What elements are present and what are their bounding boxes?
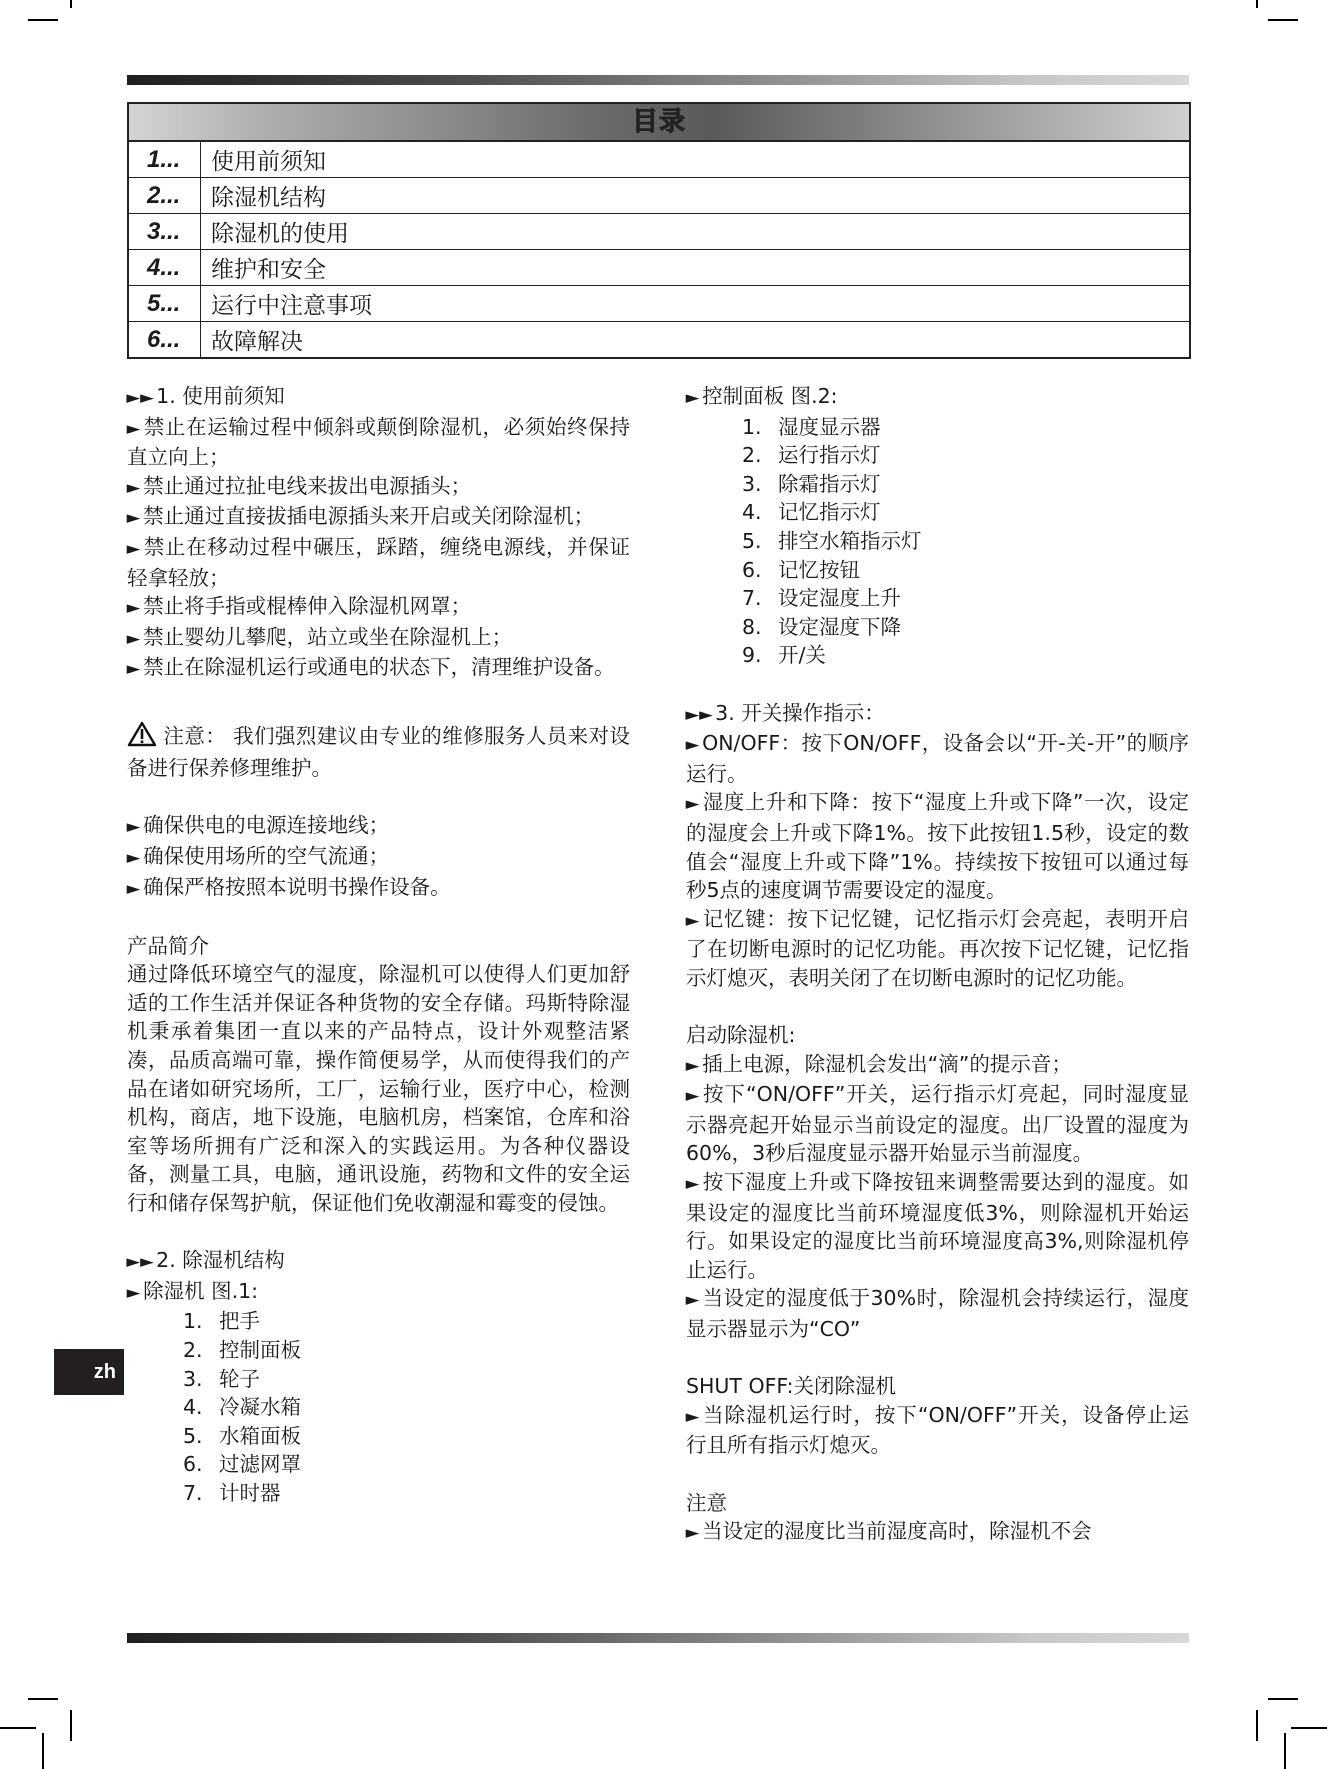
toc-number: 3... xyxy=(129,214,201,249)
toc-row[interactable]: 2... 除湿机结构 xyxy=(129,178,1189,214)
toc-number: 5... xyxy=(129,286,201,321)
arrow-icon: ► xyxy=(127,844,141,873)
list-item: 5.排空水箱指示灯 xyxy=(742,527,1189,556)
language-tab: zh xyxy=(54,1349,124,1395)
arrow-icon: ► xyxy=(127,594,141,623)
arrow-icon: ► xyxy=(127,415,141,444)
arrow-icon: ► xyxy=(686,1082,700,1111)
crop-mark xyxy=(1291,1727,1327,1729)
toc-row[interactable]: 3... 除湿机的使用 xyxy=(129,214,1189,250)
crop-mark xyxy=(1256,1710,1258,1741)
ensure-item: ►确保严格按照本说明书操作设备。 xyxy=(127,873,630,904)
list-item: 3.轮子 xyxy=(183,1365,630,1394)
toc-label: 故障解决 xyxy=(201,322,303,357)
bullet-item: ►禁止将手指或棍棒伸入除湿机网罩； xyxy=(127,592,630,623)
right-column: ►控制面板 图.2: 1.湿度显示器 2.运行指示灯 3.除霜指示灯 4.记忆指… xyxy=(686,382,1189,1548)
list-item: 1.湿度显示器 xyxy=(742,413,1189,442)
arrow-icon: ► xyxy=(127,625,141,654)
toc-header: 目录 xyxy=(129,104,1189,142)
list-item: 9.开/关 xyxy=(742,641,1189,670)
control-panel-list: 1.湿度显示器 2.运行指示灯 3.除霜指示灯 4.记忆指示灯 5.排空水箱指示… xyxy=(686,413,1189,670)
bullet-item: ►当设定的湿度低于30%时，除湿机会持续运行，湿度显示器显示为“CO” xyxy=(686,1284,1189,1343)
bullet-item: ►记忆键：按下记忆键，记忆指示灯会亮起，表明开启了在切断电源时的记忆功能。再次按… xyxy=(686,905,1189,993)
toc-row[interactable]: 4... 维护和安全 xyxy=(129,250,1189,286)
bullet-item: ►当设定的湿度比当前湿度高时，除湿机不会 xyxy=(686,1517,1189,1548)
double-arrow-icon: ►► xyxy=(685,701,712,730)
arrow-icon: ► xyxy=(686,384,700,413)
warning-note: 注意： 我们强烈建议由专业的维修服务人员来对设备进行保养修理维护。 xyxy=(127,721,630,783)
crop-mark xyxy=(42,1733,44,1769)
arrow-icon: ► xyxy=(127,474,141,503)
crop-mark xyxy=(1268,1698,1298,1700)
double-arrow-icon: ►► xyxy=(126,384,153,413)
arrow-icon: ► xyxy=(686,1170,700,1199)
figure-2-caption: ►控制面板 图.2: xyxy=(686,382,1189,413)
section-3-heading: ►►3. 开关操作指示： xyxy=(686,699,1189,730)
list-item: 6.过滤网罩 xyxy=(183,1450,630,1479)
bullet-item: ►按下“ON/OFF”开关，运行指示灯亮起，同时湿度显示器亮起开始显示当前设定的… xyxy=(686,1080,1189,1168)
crop-mark xyxy=(0,1727,36,1729)
bullet-item: ►ON/OFF：按下ON/OFF，设备会以“开-关-开”的顺序运行。 xyxy=(686,729,1189,788)
bullet-item: ►禁止在移动过程中碾压，踩踏，缠绕电源线，并保证轻拿轻放； xyxy=(127,533,630,592)
ensure-item: ►确保使用场所的空气流通； xyxy=(127,842,630,873)
crop-mark xyxy=(70,1710,72,1741)
arrow-icon: ► xyxy=(686,1519,700,1548)
toc-row[interactable]: 5... 运行中注意事项 xyxy=(129,286,1189,322)
list-item: 4.记忆指示灯 xyxy=(742,498,1189,527)
arrow-icon: ► xyxy=(686,1286,700,1315)
arrow-icon: ► xyxy=(686,1403,700,1432)
bullet-item: ►禁止在运输过程中倾斜或颠倒除湿机，必须始终保持直立向上； xyxy=(127,413,630,472)
arrow-icon: ► xyxy=(127,875,141,904)
intro-paragraph: 通过降低环境空气的湿度，除湿机可以使得人们更加舒适的工作生活并保证各种货物的安全… xyxy=(127,960,630,1217)
bullet-item: ►禁止婴幼儿攀爬，站立或坐在除湿机上； xyxy=(127,623,630,654)
toc-row[interactable]: 6... 故障解决 xyxy=(129,322,1189,357)
figure-1-caption: ►除湿机 图.1: xyxy=(127,1277,630,1308)
bullet-item: ►禁止在除湿机运行或通电的状态下，清理维护设备。 xyxy=(127,653,630,684)
toc-number: 4... xyxy=(129,250,201,285)
warning-label: 注意： xyxy=(163,724,226,748)
list-item: 1.把手 xyxy=(183,1307,630,1336)
crop-mark xyxy=(1284,1733,1286,1769)
intro-heading: 产品简介 xyxy=(127,932,630,961)
toc-label: 除湿机的使用 xyxy=(201,214,349,249)
left-column: ►►1. 使用前须知 ►禁止在运输过程中倾斜或颠倒除湿机，必须始终保持直立向上；… xyxy=(127,382,630,1508)
arrow-icon: ► xyxy=(127,1279,141,1308)
crop-mark xyxy=(1256,0,1258,8)
toc-label: 运行中注意事项 xyxy=(201,286,372,321)
arrow-icon: ► xyxy=(127,504,141,533)
toc-label: 维护和安全 xyxy=(201,250,326,285)
top-gradient-bar xyxy=(127,75,1189,85)
arrow-icon: ► xyxy=(686,731,700,760)
note-heading: 注意 xyxy=(686,1489,1189,1518)
table-of-contents: 目录 1... 使用前须知 2... 除湿机结构 3... 除湿机的使用 4..… xyxy=(127,102,1191,359)
crop-mark xyxy=(28,1698,58,1700)
list-item: 8.设定湿度下降 xyxy=(742,613,1189,642)
start-heading: 启动除湿机: xyxy=(686,1021,1189,1050)
list-item: 4.冷凝水箱 xyxy=(183,1393,630,1422)
bullet-item: ►湿度上升和下降：按下“湿度上升或下降”一次，设定的湿度会上升或下降1%。按下此… xyxy=(686,788,1189,904)
arrow-icon: ► xyxy=(686,790,700,819)
list-item: 7.计时器 xyxy=(183,1479,630,1508)
bullet-item: ►禁止通过直接拔插电源插头来开启或关闭除湿机； xyxy=(127,502,630,533)
toc-label: 使用前须知 xyxy=(201,142,326,177)
arrow-icon: ► xyxy=(686,907,700,936)
list-item: 2.控制面板 xyxy=(183,1336,630,1365)
bottom-gradient-bar xyxy=(127,1633,1189,1643)
list-item: 7.设定湿度上升 xyxy=(742,584,1189,613)
list-item: 6.记忆按钮 xyxy=(742,556,1189,585)
crop-mark xyxy=(70,0,72,8)
bullet-item: ►按下湿度上升或下降按钮来调整需要达到的湿度。如果设定的湿度比当前环境湿度低3%… xyxy=(686,1168,1189,1284)
arrow-icon: ► xyxy=(127,813,141,842)
arrow-icon: ► xyxy=(127,535,141,564)
arrow-icon: ► xyxy=(127,655,141,684)
bullet-item: ►禁止通过拉扯电线来拔出电源插头； xyxy=(127,472,630,503)
bullet-item: ►插上电源，除湿机会发出“滴”的提示音； xyxy=(686,1050,1189,1081)
bullet-item: ►当除湿机运行时，按下“ON/OFF”开关，设备停止运行且所有指示灯熄灭。 xyxy=(686,1401,1189,1460)
crop-mark xyxy=(28,19,58,21)
ensure-item: ►确保供电的电源连接地线； xyxy=(127,811,630,842)
toc-label: 除湿机结构 xyxy=(201,178,326,213)
toc-title: 目录 xyxy=(632,109,686,135)
section-1-heading: ►►1. 使用前须知 xyxy=(127,382,630,413)
list-item: 2.运行指示灯 xyxy=(742,441,1189,470)
list-item: 3.除霜指示灯 xyxy=(742,470,1189,499)
shutoff-heading: SHUT OFF:关闭除湿机 xyxy=(686,1372,1189,1401)
toc-number: 1... xyxy=(129,142,201,177)
toc-number: 2... xyxy=(129,178,201,213)
toc-row[interactable]: 1... 使用前须知 xyxy=(129,142,1189,178)
dehumidifier-parts-list: 1.把手 2.控制面板 3.轮子 4.冷凝水箱 5.水箱面板 6.过滤网罩 7.… xyxy=(127,1307,630,1507)
toc-number: 6... xyxy=(129,322,201,357)
list-item: 5.水箱面板 xyxy=(183,1422,630,1451)
arrow-icon: ► xyxy=(686,1052,700,1081)
warning-triangle-icon xyxy=(127,721,157,755)
crop-mark xyxy=(1268,19,1298,21)
section-2-heading: ►►2. 除湿机结构 xyxy=(127,1246,630,1277)
double-arrow-icon: ►► xyxy=(126,1248,153,1277)
